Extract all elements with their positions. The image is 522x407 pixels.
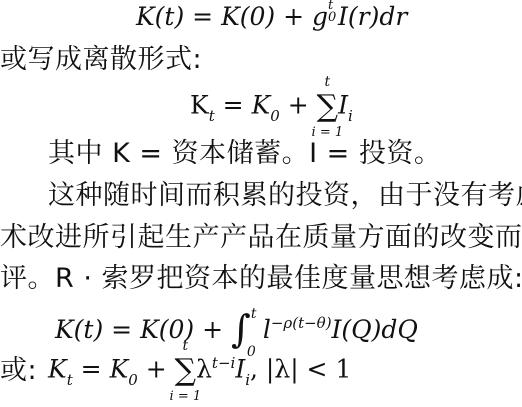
formula-k0: K(0) — [221, 2, 275, 31]
k-subscript: 0 — [128, 371, 138, 389]
term: I — [338, 91, 348, 120]
sigma-icon: ∑ — [317, 89, 338, 124]
exponent: −ρ(t−θ) — [271, 314, 332, 332]
sum-lower-limit: i = 1 — [169, 390, 202, 403]
paragraph-line-1: 这种随时间而积累的投资，由于没有考虑到技 — [48, 182, 522, 209]
term-subscript: i — [245, 371, 250, 389]
paragraph-line-2: 术改进所引起生产产品在质量方面的改变而受到批 — [0, 224, 522, 251]
integrand: I(Q)dQ — [332, 315, 418, 344]
summation: t∑i = 1 — [175, 356, 196, 386]
equals-sign: = — [103, 315, 140, 344]
lambda-symbol: λ — [196, 355, 212, 384]
discrete-intro-text: 或写成离散形式: — [0, 46, 202, 73]
lambda-exponent: t−i — [212, 354, 235, 372]
or-prefix: 或: — [0, 357, 37, 384]
equals-sign: = — [215, 91, 252, 120]
formula-discrete: Kt = K0 + t∑i = 1Ii — [190, 92, 353, 122]
formula-lhs: K — [190, 91, 209, 120]
paragraph-line-3: 评。R · 索罗把资本的最佳度量思想考虑成: — [0, 265, 522, 292]
condition: , |λ| < 1 — [250, 355, 351, 384]
term-subscript: i — [348, 107, 353, 125]
integral-upper-limit: t — [251, 307, 257, 321]
k-symbol: K — [252, 91, 271, 120]
k-symbol: K — [110, 355, 129, 384]
formula-continuous: K(t) = K(0) + gt0I(r)dr — [136, 4, 407, 29]
integral-limits: t0 — [251, 317, 263, 347]
formula-lhs: K(t) — [136, 2, 184, 31]
term: I — [235, 355, 245, 384]
plus-sign: + — [275, 2, 312, 31]
lhs-subscript: t — [67, 371, 73, 389]
integrand: I(r)dr — [338, 2, 407, 31]
sum-upper-limit: t — [317, 75, 338, 89]
sigma-icon: ∑ — [175, 353, 196, 388]
plus-sign: + — [280, 91, 317, 120]
plus-sign: + — [138, 355, 175, 384]
sum-upper-limit: t — [175, 339, 196, 353]
g-symbol: g — [312, 2, 328, 31]
formula-lhs: K(t) — [55, 315, 103, 344]
formula-lhs: K — [48, 355, 67, 384]
formula-integral: K(t) = K(0) + ∫t0l−ρ(t−θ)I(Q)dQ — [55, 306, 418, 347]
k-subscript: 0 — [270, 107, 280, 125]
formula-or: Kt = K0 + t∑i = 1λt−iIi, |λ| < 1 — [48, 356, 351, 386]
equals-sign: = — [184, 2, 221, 31]
g-subscript: 0 — [328, 11, 336, 24]
equals-sign: = — [73, 355, 110, 384]
lhs-subscript: t — [209, 107, 215, 125]
summation: t∑i = 1 — [317, 92, 338, 122]
definitions-text: 其中 K = 资本储蓄。I = 投资。 — [48, 140, 441, 167]
exp-base: l — [263, 315, 271, 344]
plus-sign: + — [194, 315, 231, 344]
